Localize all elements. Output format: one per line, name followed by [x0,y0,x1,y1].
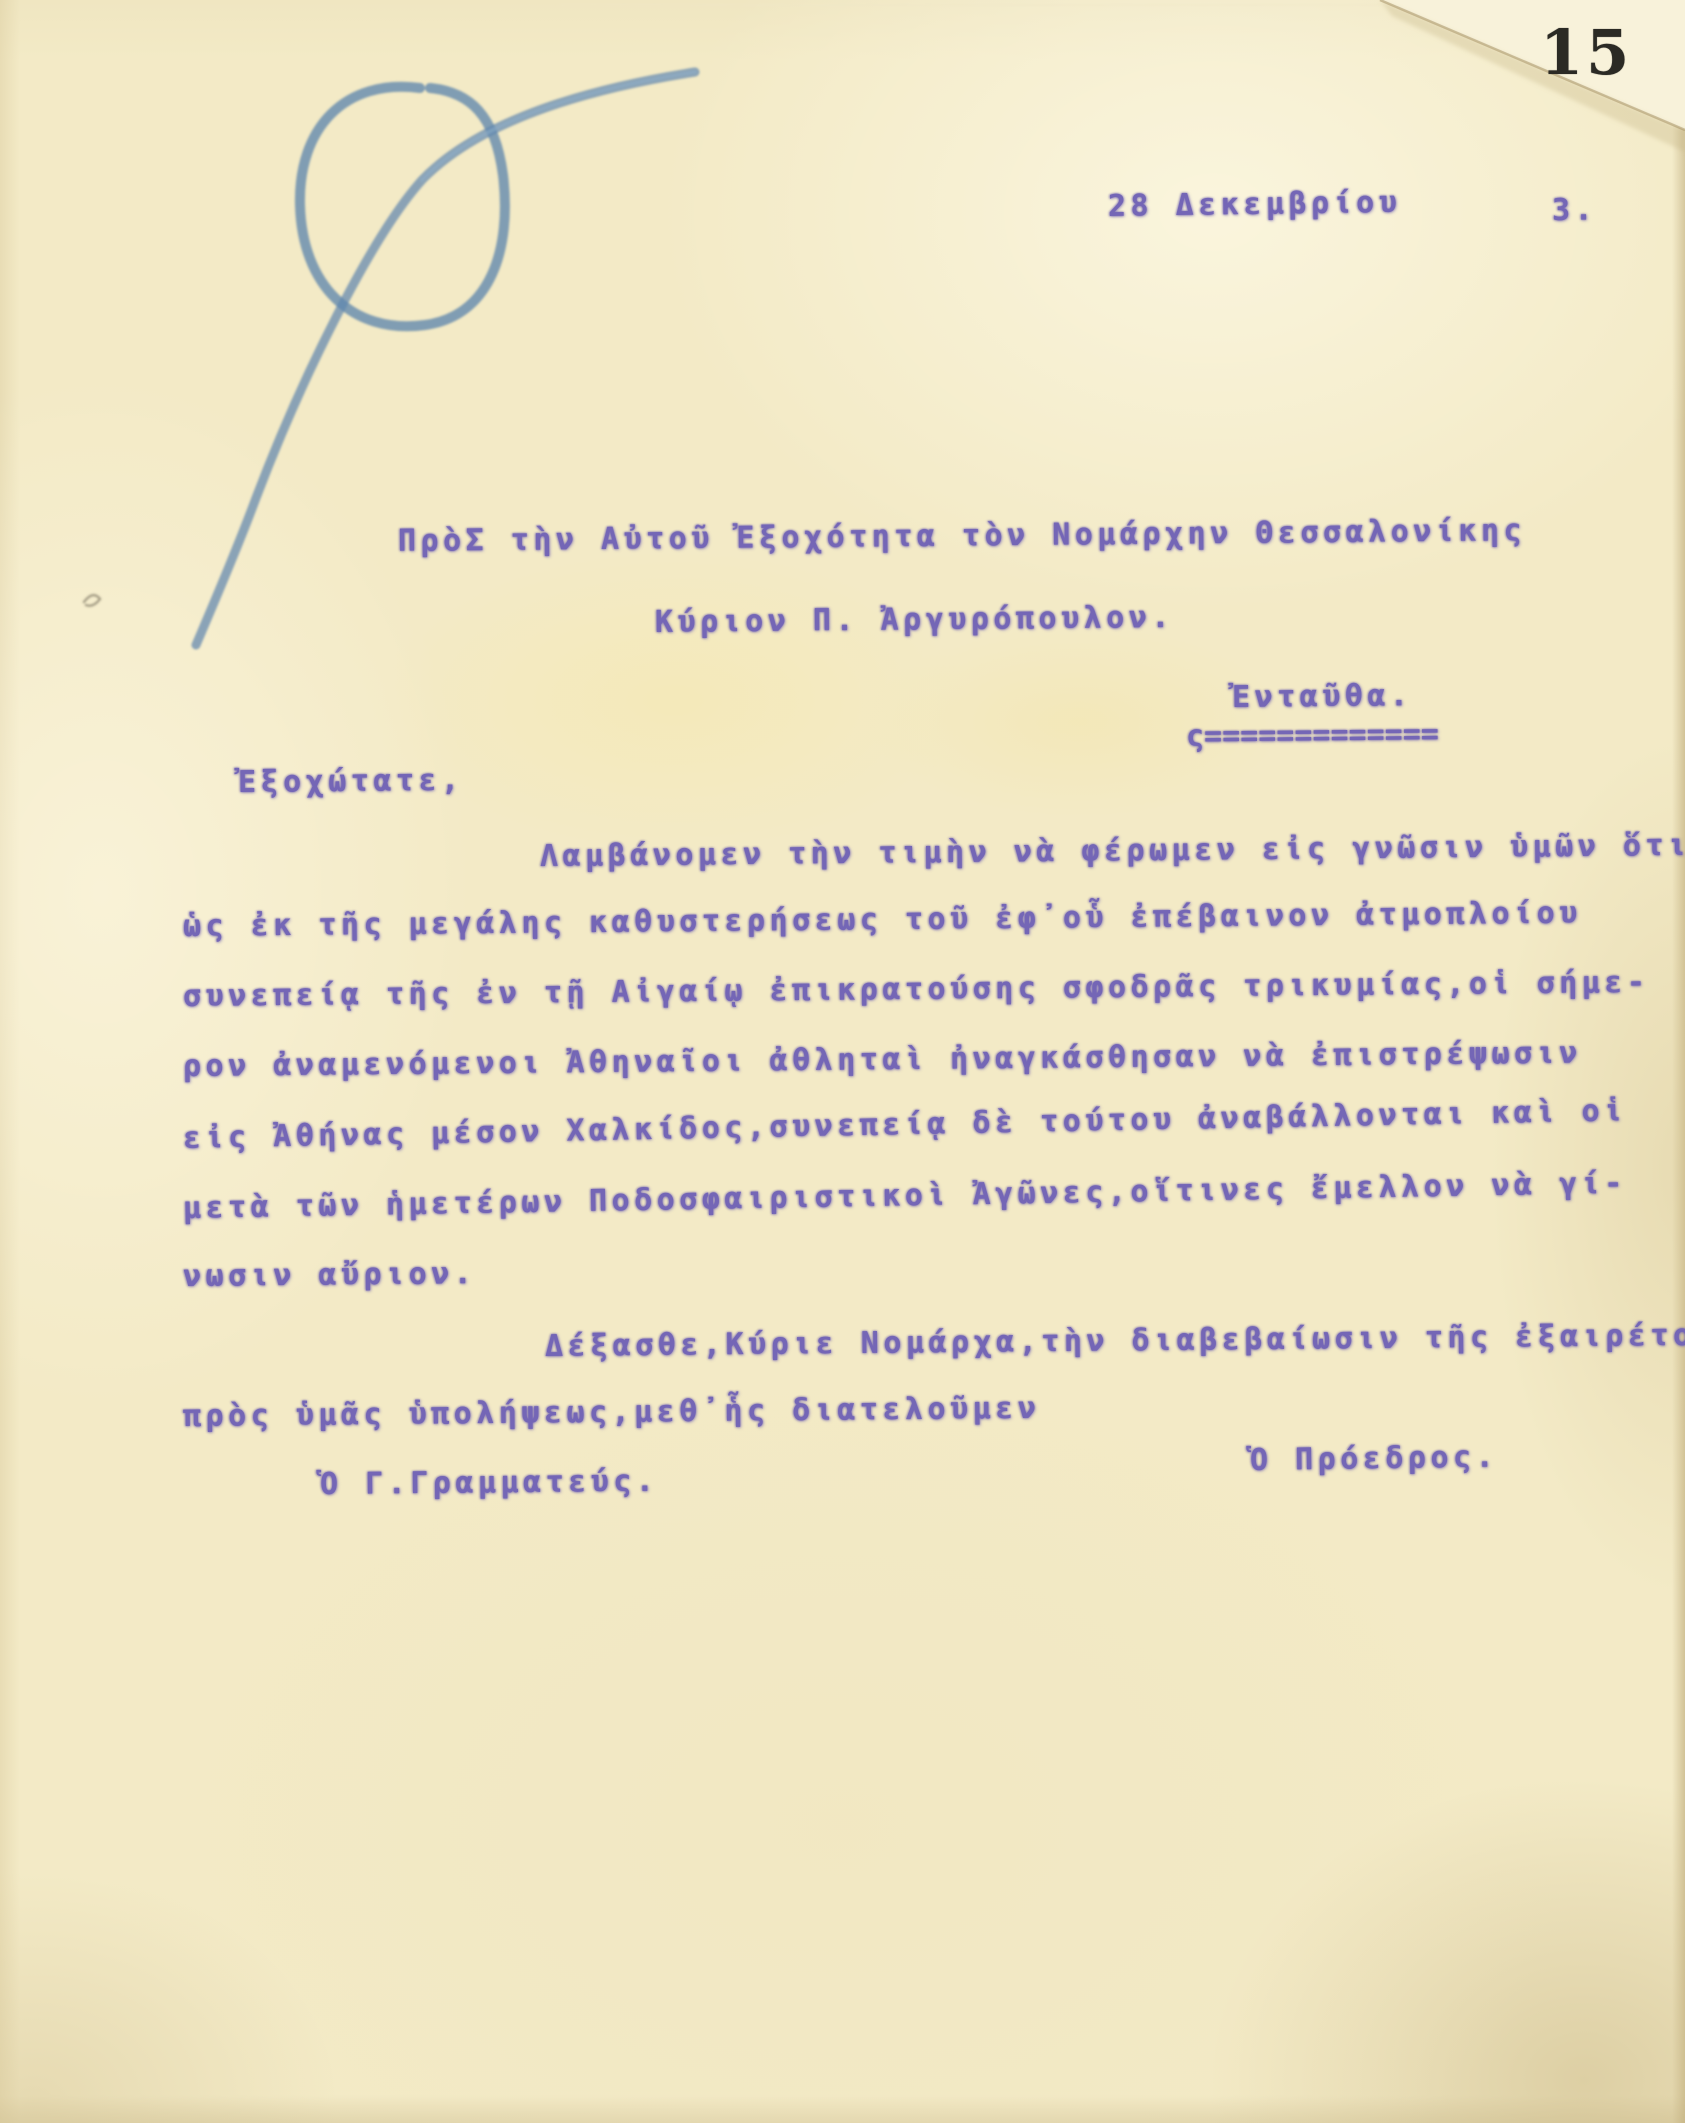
margin-pencil-mark [84,595,100,606]
recipient-location: Ἐνταῦθα. [1232,681,1413,713]
body-line: Δέξασθε,Κύριε Νομάρχα,τὴν διαβεβαίωσιν τ… [545,1321,1685,1362]
salutation: Ἐξοχώτατε, [238,766,464,798]
body-line: εἰς Ἀθήνας μέσον Χαλκίδος,συνεπείᾳ δὲ το… [183,1096,1627,1154]
signature-secretary: Ὁ Γ.Γραμματεύς. [320,1467,659,1500]
top-crease-line [560,4,1384,6]
body-line: ρον ἀναμενόμενοι Ἀθηναῖοι ἀθληταὶ ἠναγκά… [183,1039,1582,1082]
signature-president: Ὁ Πρόεδρος. [1250,1443,1499,1476]
page-number: 15 [1540,16,1632,89]
pencil-sweep-stroke [196,72,695,645]
fold-edge-line [1380,0,1685,130]
pencil-oval-stroke [300,87,505,327]
fold-highlight-triangle [1380,0,1685,130]
body-line: πρὸς ὑμᾶς ὑπολήψεως,μεθ᾽ἧς διατελοῦμεν [183,1394,1041,1432]
body-line: νωσιν αὔριον. [183,1259,477,1292]
body-line: μετὰ τῶν ἡμετέρων Ποδοσφαιριστικοὶ Ἀγῶνε… [183,1169,1627,1224]
recipient-line-2: Κύριον Π. Ἀργυρόπουλον. [655,603,1174,638]
recipient-line-1: ΠρὸΣ τὴν Αὐτοῦ Ἐξοχότητα τὸν Νομάρχην Θε… [398,516,1526,557]
fold-shadow-band [1380,0,1685,152]
recipient-separator-dashes: ς============= [1186,720,1439,752]
scanned-letter-page: 15 28 Δεκεμβρίου 3. ΠρὸΣ τὴν Αὐτοῦ Ἐξοχό… [0,0,1685,2123]
body-line: ὡς ἐκ τῆς μεγάλης καθυστερήσεως τοῦ ἐφ᾽ο… [183,899,1582,942]
pencil-sweep-highlight [422,72,695,180]
date-year-text: 3. [1552,196,1597,226]
paper-corner-fold [0,0,1685,300]
body-line: συνεπείᾳ τῆς ἐν τῇ Αἰγαίῳ ἐπικρατούσης σ… [183,968,1650,1012]
body-line: Λαμβάνομεν τὴν τιμὴν νὰ φέρωμεν εἰς γνῶσ… [540,831,1685,872]
date-text: 28 Δεκεμβρίου [1108,188,1402,222]
